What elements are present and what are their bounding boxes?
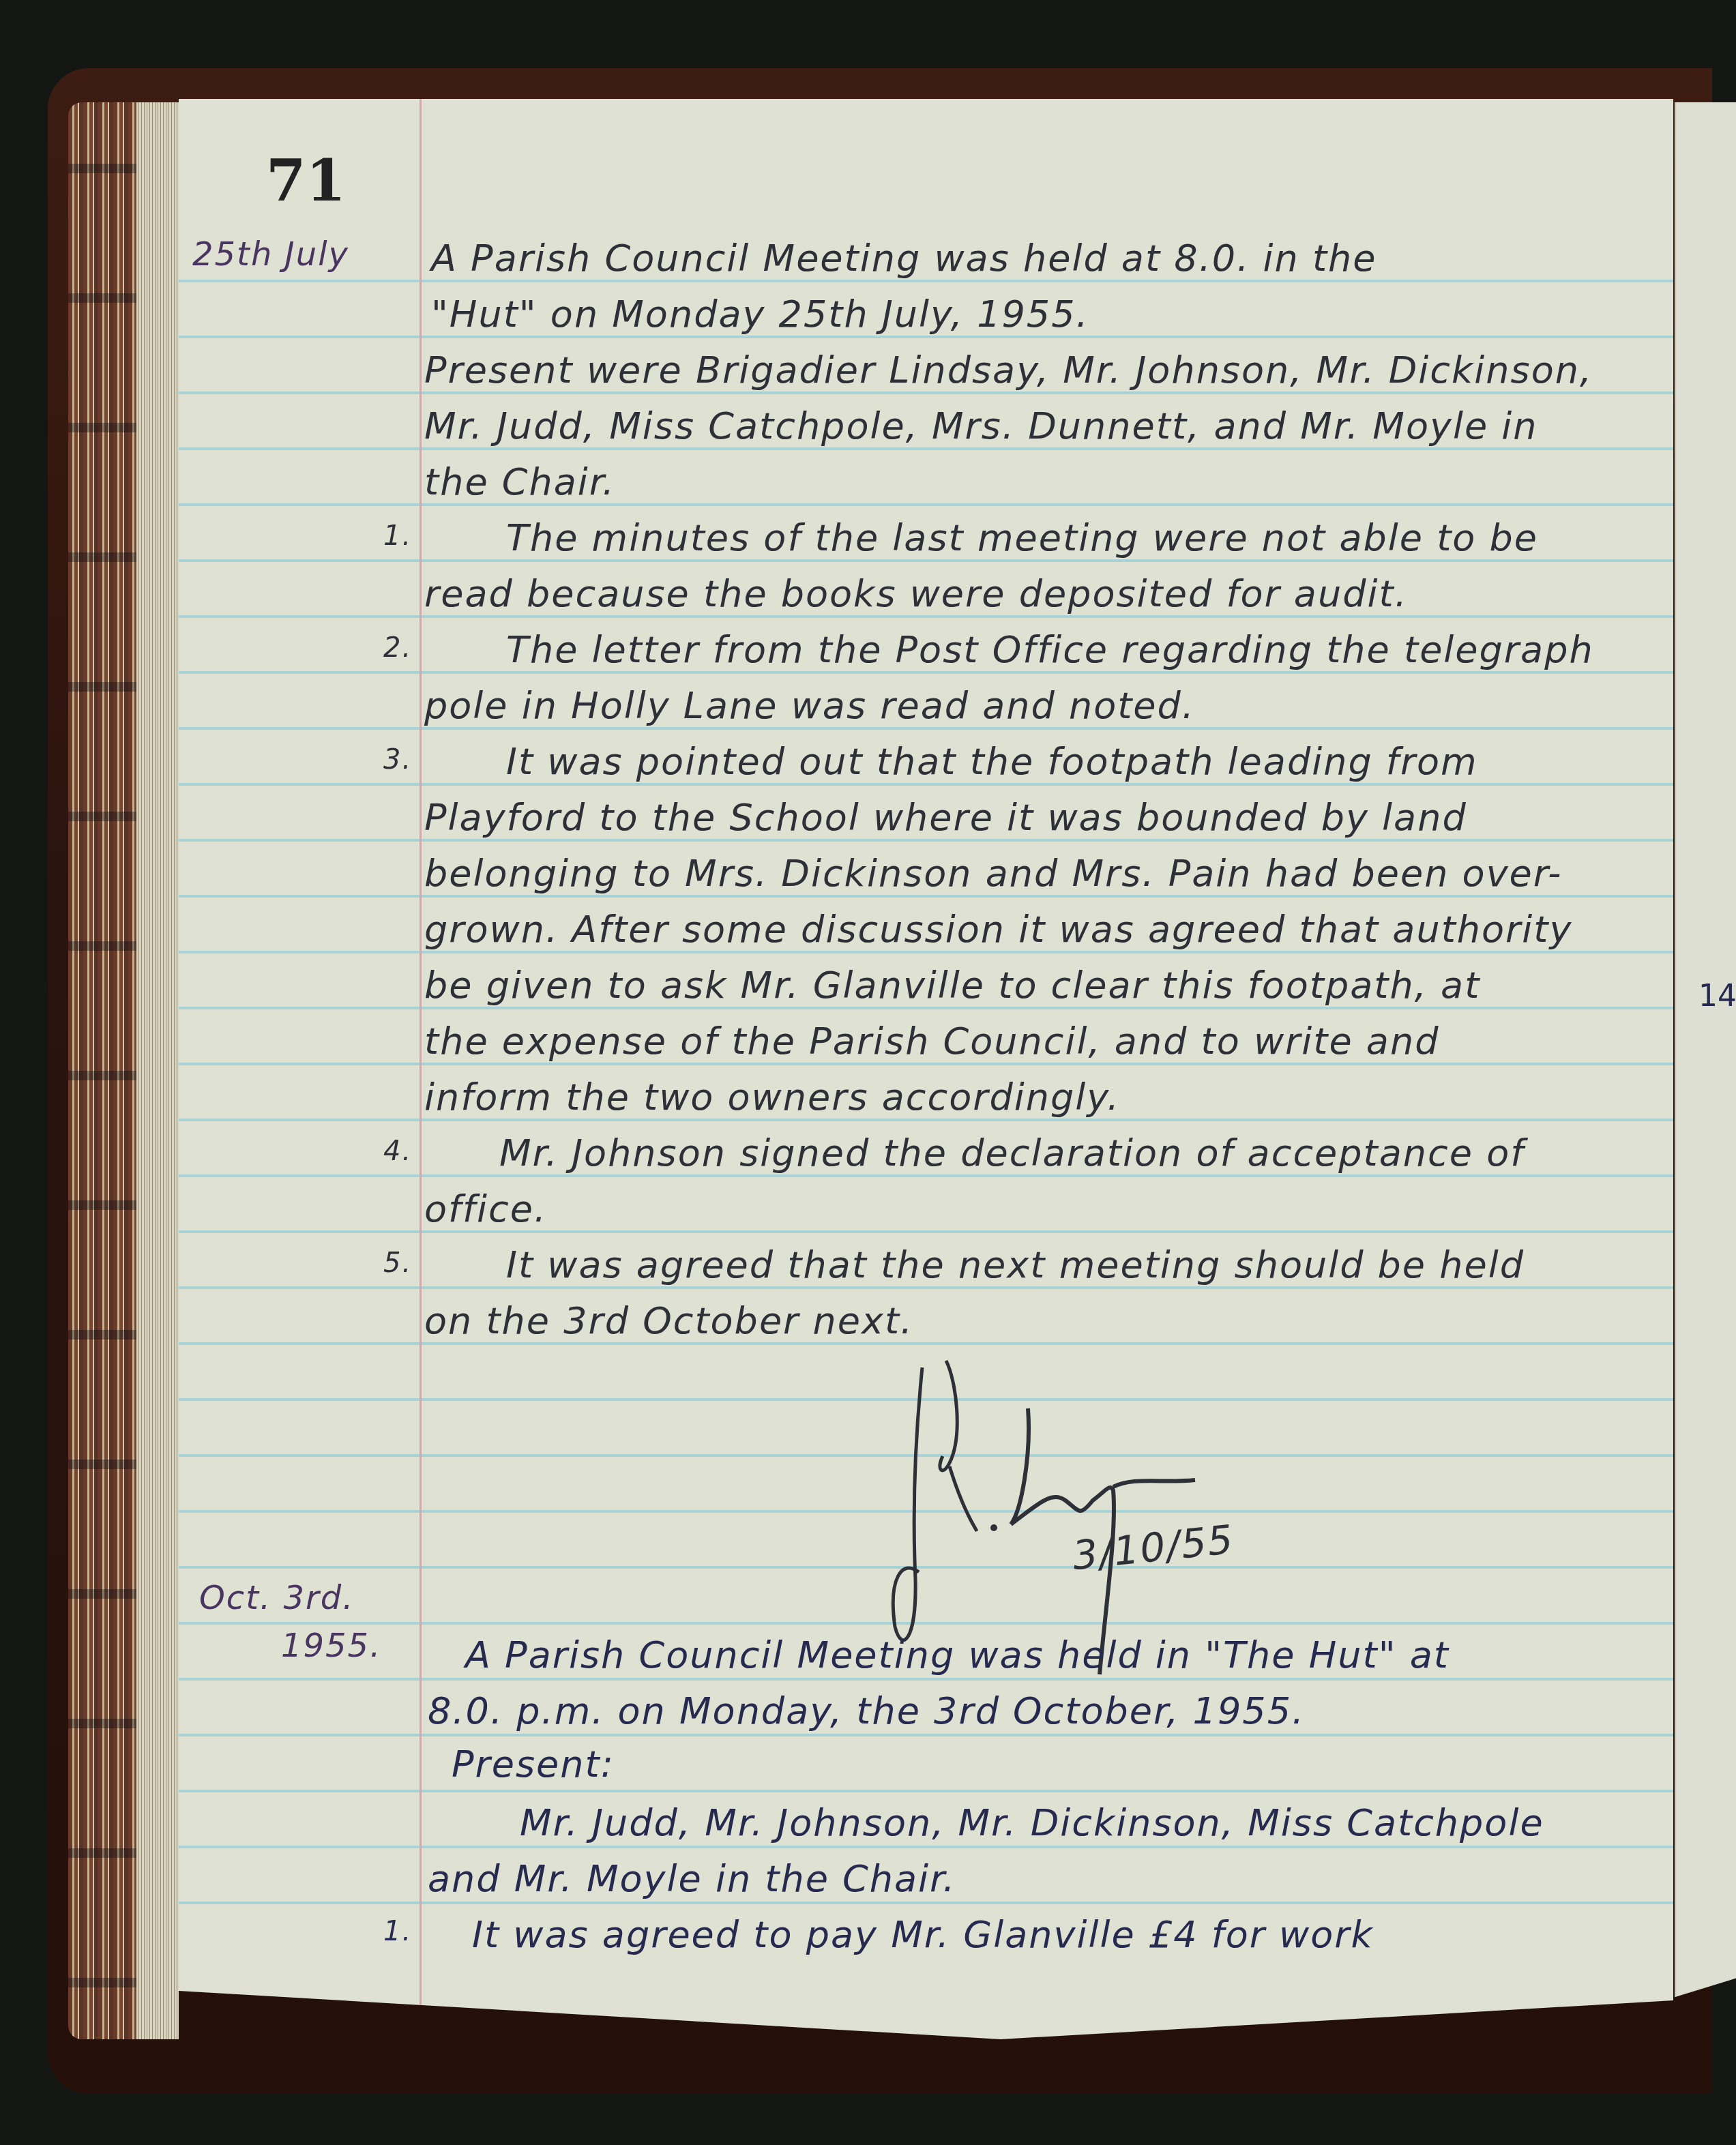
ruled-line xyxy=(179,447,1673,450)
minute-line: inform the two owners accordingly. xyxy=(424,1076,1120,1119)
present-label: Present: xyxy=(452,1743,615,1786)
minute-line: belonging to Mrs. Dickinson and Mrs. Pai… xyxy=(424,852,1563,895)
minute-line: Present were Brigadier Lindsay, Mr. John… xyxy=(424,349,1593,391)
minute-line: read because the books were deposited fo… xyxy=(424,572,1408,615)
minute-line: The minutes of the last meeting were not… xyxy=(506,516,1538,559)
ruled-line xyxy=(179,1063,1673,1065)
red-margin-line xyxy=(420,99,422,2039)
ruled-line xyxy=(179,839,1673,842)
minute-line: A Parish Council Meeting was held in "Th… xyxy=(465,1633,1450,1676)
ruled-line xyxy=(179,1902,1673,1904)
minute-line: It was agreed that the next meeting shou… xyxy=(506,1243,1525,1286)
ruled-line xyxy=(179,671,1673,674)
minute-line: The letter from the Post Office regardin… xyxy=(506,628,1594,671)
ruled-line xyxy=(179,1286,1673,1289)
minute-line: grown. After some discussion it was agre… xyxy=(424,908,1572,951)
margin-date-year: 1955. xyxy=(281,1627,381,1665)
item-number: 4. xyxy=(383,1136,412,1167)
minute-line: Mr. Judd, Miss Catchpole, Mrs. Dunnett, … xyxy=(424,404,1538,447)
minute-line: the expense of the Parish Council, and t… xyxy=(424,1020,1439,1063)
margin-date: Oct. 3rd. xyxy=(199,1579,355,1617)
adjacent-page-edge xyxy=(1675,102,1736,2036)
ruled-line xyxy=(179,503,1673,506)
ruled-line xyxy=(179,1790,1673,1792)
item-number: 1. xyxy=(383,1916,412,1947)
ruled-line xyxy=(179,1174,1673,1177)
minute-line: "Hut" on Monday 25th July, 1955. xyxy=(431,293,1089,336)
minute-line: pole in Holly Lane was read and noted. xyxy=(424,684,1195,727)
item-number: 2. xyxy=(383,632,412,664)
adjacent-page-mark: 14 xyxy=(1698,979,1736,1014)
minute-line: Mr. Judd, Mr. Johnson, Mr. Dickinson, Mi… xyxy=(520,1801,1544,1844)
item-number: 5. xyxy=(383,1247,412,1279)
ruled-line xyxy=(179,559,1673,562)
page-edge-thin xyxy=(136,102,179,2039)
ruled-line xyxy=(179,1119,1673,1121)
ruled-line xyxy=(179,951,1673,953)
ruled-line xyxy=(179,1007,1673,1009)
minute-line: 8.0. p.m. on Monday, the 3rd October, 19… xyxy=(428,1689,1305,1732)
minute-line: Playford to the School where it was boun… xyxy=(424,796,1467,839)
ruled-line xyxy=(179,727,1673,730)
minute-line: be given to ask Mr. Glanville to clear t… xyxy=(424,964,1480,1007)
margin-date: 25th July xyxy=(192,235,349,273)
ruled-line xyxy=(179,615,1673,618)
item-number: 1. xyxy=(383,520,412,552)
minute-line: on the 3rd October next. xyxy=(424,1299,913,1342)
ruled-line xyxy=(179,1230,1673,1233)
ledger-page: 71 25th July A Parish Council Meeting wa… xyxy=(179,99,1673,2039)
item-number: 3. xyxy=(383,744,412,775)
minute-line: office. xyxy=(424,1187,547,1230)
minute-line: Mr. Johnson signed the declaration of ac… xyxy=(499,1131,1525,1174)
ruled-line xyxy=(179,336,1673,338)
minute-line: It was agreed to pay Mr. Glanville £4 fo… xyxy=(472,1913,1374,1956)
ruled-line xyxy=(179,391,1673,394)
page-number: 71 xyxy=(266,147,346,214)
ruled-line xyxy=(179,1342,1673,1345)
minute-line: and Mr. Moyle in the Chair. xyxy=(428,1857,956,1900)
ruled-line xyxy=(179,1846,1673,1848)
minute-line: It was pointed out that the footpath lea… xyxy=(506,740,1478,783)
ruled-line xyxy=(179,280,1673,282)
minute-line: A Parish Council Meeting was held at 8.0… xyxy=(431,237,1377,280)
ruled-line xyxy=(179,783,1673,786)
ruled-line xyxy=(179,895,1673,898)
minute-line: the Chair. xyxy=(424,460,615,503)
